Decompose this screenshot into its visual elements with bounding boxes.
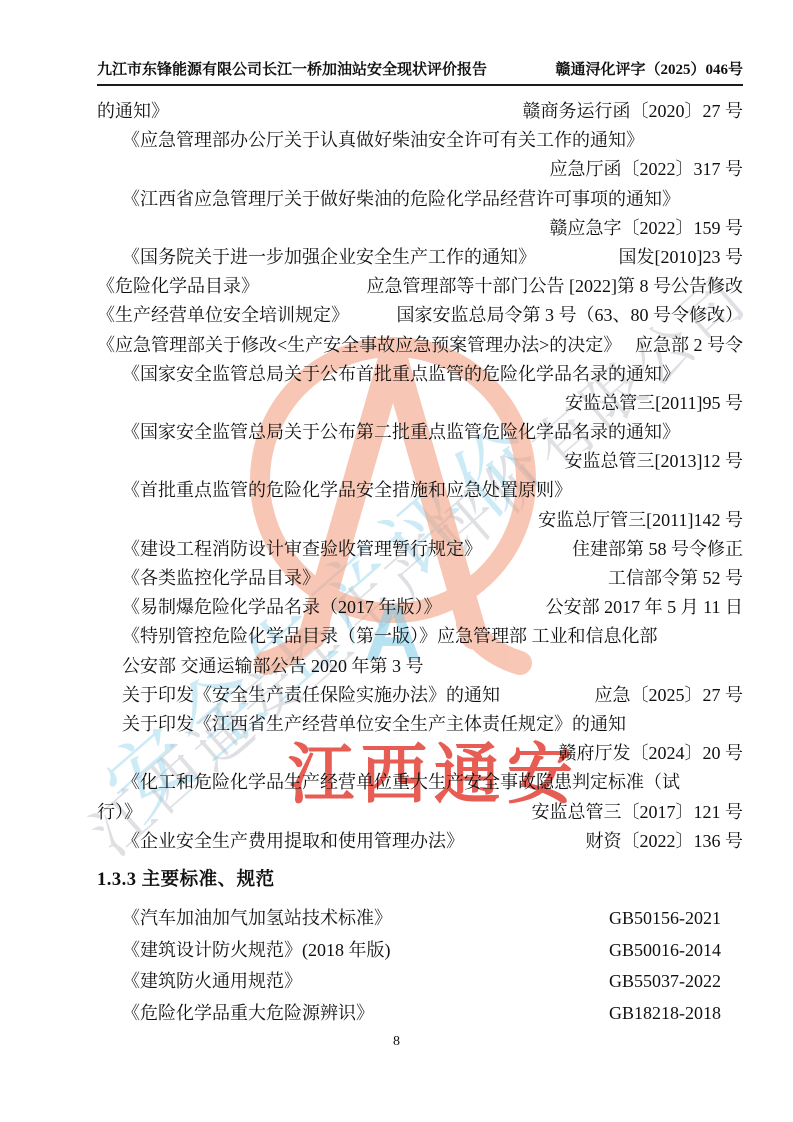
page-number: 8 bbox=[0, 1034, 793, 1050]
line-text-left: 《危险化学品目录》 bbox=[97, 272, 259, 298]
line-text-right: 安监总管三[2013]12 号 bbox=[565, 447, 744, 473]
body-line: 的通知》赣商务运行函〔2020〕27 号 bbox=[97, 97, 743, 126]
line-text-left: 的通知》 bbox=[97, 97, 169, 123]
line-text-left: 《首批重点监管的危险化学品安全措施和应急处置原则》 bbox=[97, 476, 572, 502]
standard-row: 《建筑防火通用规范》GB55037-2022 bbox=[97, 967, 743, 999]
body-line: 《建设工程消防设计审查验收管理暂行规定》住建部第 58 号令修正 bbox=[97, 535, 743, 564]
body-line: 《首批重点监管的危险化学品安全措施和应急处置原则》 bbox=[97, 476, 743, 505]
body-line: 《应急管理部办公厅关于认真做好柴油安全许可有关工作的通知》 bbox=[97, 126, 743, 155]
body-line: 《国家安全监管总局关于公布首批重点监管的危险化学品名录的通知》 bbox=[97, 360, 743, 389]
line-text-right: 财资〔2022〕136 号 bbox=[586, 827, 744, 853]
standard-title: 《汽车加油加气加氢站技术标准》 bbox=[97, 904, 392, 930]
header-document-number: 赣通浔化评字（2025）046号 bbox=[555, 58, 743, 79]
line-text-right: 应急厅函〔2022〕317 号 bbox=[550, 155, 744, 181]
line-text-right: 赣府厅发〔2024〕20 号 bbox=[559, 739, 744, 765]
line-text-left: 《国家安全监管总局关于公布第二批重点监管危险化学品名录的通知》 bbox=[97, 418, 680, 444]
body-line: 关于印发《江西省生产经营单位安全生产主体责任规定》的通知 bbox=[97, 710, 743, 739]
body-line: 安监总管三[2013]12 号 bbox=[97, 447, 743, 476]
line-text-left: 《建设工程消防设计审查验收管理暂行规定》 bbox=[97, 535, 482, 561]
body-line: 《特别管控危险化学品目录（第一版）》应急管理部 工业和信息化部 bbox=[97, 622, 743, 651]
line-text-right: 应急管理部等十部门公告 [2022]第 8 号公告修改 bbox=[367, 272, 744, 298]
body-line: 《易制爆危险化学品名录（2017 年版）》公安部 2017 年 5 月 11 日 bbox=[97, 593, 743, 622]
line-text-left: 《生产经营单位安全培训规定》 bbox=[97, 301, 349, 327]
body-line: 关于印发《安全生产责任保险实施办法》的通知应急〔2025〕27 号 bbox=[97, 681, 743, 710]
header-report-title: 九江市东锋能源有限公司长江一桥加油站安全现状评价报告 bbox=[97, 58, 487, 79]
standard-code: GB55037-2022 bbox=[609, 971, 743, 992]
line-text-right: 国家安监总局令第 3 号（63、80 号令修改） bbox=[397, 301, 744, 327]
line-text-left: 《企业安全生产费用提取和使用管理办法》 bbox=[97, 827, 464, 853]
body-line: 《国务院关于进一步加强企业安全生产工作的通知》国发[2010]23 号 bbox=[97, 243, 743, 272]
standard-code: GB50156-2021 bbox=[609, 908, 743, 929]
line-text-left: 《国务院关于进一步加强企业安全生产工作的通知》 bbox=[97, 243, 536, 269]
body-line: 《企业安全生产费用提取和使用管理办法》财资〔2022〕136 号 bbox=[97, 827, 743, 856]
body-line: 安监总管三[2011]95 号 bbox=[97, 389, 743, 418]
line-text-right: 国发[2010]23 号 bbox=[619, 243, 744, 269]
line-text-right: 安监总厅管三[2011]142 号 bbox=[538, 506, 743, 532]
body-line: 应急厅函〔2022〕317 号 bbox=[97, 155, 743, 184]
standard-code: GB50016-2014 bbox=[609, 940, 743, 961]
body-line: 公安部 交通运输部公告 2020 年第 3 号 bbox=[97, 652, 743, 681]
line-text-left: 关于印发《江西省生产经营单位安全生产主体责任规定》的通知 bbox=[97, 710, 626, 736]
line-text-right: 赣商务运行函〔2020〕27 号 bbox=[523, 97, 744, 123]
line-text-right: 安监总管三〔2017〕121 号 bbox=[532, 798, 744, 824]
line-text-left: 《国家安全监管总局关于公布首批重点监管的危险化学品名录的通知》 bbox=[97, 360, 680, 386]
line-text-left: 关于印发《安全生产责任保险实施办法》的通知 bbox=[97, 681, 500, 707]
page-header: 九江市东锋能源有限公司长江一桥加油站安全现状评价报告 赣通浔化评字（2025）0… bbox=[97, 58, 743, 86]
standard-title: 《建筑防火通用规范》 bbox=[97, 967, 302, 993]
body-line: 《化工和危险化学品生产经营单位重大生产安全事故隐患判定标准（试 bbox=[97, 768, 743, 797]
line-text-left: 《应急管理部办公厅关于认真做好柴油安全许可有关工作的通知》 bbox=[97, 126, 644, 152]
body-line: 安监总厅管三[2011]142 号 bbox=[97, 506, 743, 535]
body-line: 赣府厅发〔2024〕20 号 bbox=[97, 739, 743, 768]
line-text-right: 公安部 2017 年 5 月 11 日 bbox=[546, 593, 743, 619]
standards-list: 《汽车加油加气加氢站技术标准》GB50156-2021《建筑设计防火规范》(20… bbox=[97, 904, 743, 1030]
line-text-left: 《化工和危险化学品生产经营单位重大生产安全事故隐患判定标准（试 bbox=[97, 768, 680, 794]
body-line: 《应急管理部关于修改<生产安全事故应急预案管理办法>的决定》应急部 2 号令 bbox=[97, 331, 743, 360]
line-text-left: 《特别管控危险化学品目录（第一版）》应急管理部 工业和信息化部 bbox=[97, 622, 658, 648]
standard-title: 《建筑设计防火规范》(2018 年版) bbox=[97, 936, 391, 962]
line-text-left: 行）》 bbox=[97, 798, 142, 824]
body-line: 赣应急字〔2022〕159 号 bbox=[97, 214, 743, 243]
body-lines: 的通知》赣商务运行函〔2020〕27 号《应急管理部办公厅关于认真做好柴油安全许… bbox=[97, 97, 743, 856]
line-text-right: 安监总管三[2011]95 号 bbox=[565, 389, 743, 415]
standard-title: 《危险化学品重大危险源辨识》 bbox=[97, 999, 374, 1025]
body-line: 《国家安全监管总局关于公布第二批重点监管危险化学品名录的通知》 bbox=[97, 418, 743, 447]
body-line: 《江西省应急管理厅关于做好柴油的危险化学品经营许可事项的通知》 bbox=[97, 185, 743, 214]
document-page: 江西通安全生产评价有限公司 安全生产评价 A 江西通安 九江市东锋能源有限公司长… bbox=[0, 0, 793, 1122]
line-text-right: 赣应急字〔2022〕159 号 bbox=[550, 214, 744, 240]
body-line: 《生产经营单位安全培训规定》国家安监总局令第 3 号（63、80 号令修改） bbox=[97, 301, 743, 330]
line-text-right: 工信部令第 52 号 bbox=[608, 564, 743, 590]
standard-row: 《汽车加油加气加氢站技术标准》GB50156-2021 bbox=[97, 904, 743, 936]
line-text-left: 公安部 交通运输部公告 2020 年第 3 号 bbox=[97, 652, 424, 678]
line-text-right: 住建部第 58 号令修正 bbox=[572, 535, 743, 561]
line-text-right: 应急〔2025〕27 号 bbox=[595, 681, 744, 707]
line-text-left: 《易制爆危险化学品名录（2017 年版）》 bbox=[97, 593, 442, 619]
standard-row: 《建筑设计防火规范》(2018 年版)GB50016-2014 bbox=[97, 936, 743, 968]
body-line: 《危险化学品目录》应急管理部等十部门公告 [2022]第 8 号公告修改 bbox=[97, 272, 743, 301]
standard-row: 《危险化学品重大危险源辨识》GB18218-2018 bbox=[97, 999, 743, 1031]
line-text-right: 应急部 2 号令 bbox=[635, 331, 743, 357]
body-content: 的通知》赣商务运行函〔2020〕27 号《应急管理部办公厅关于认真做好柴油安全许… bbox=[97, 97, 743, 1030]
body-line: 《各类监控化学品目录》工信部令第 52 号 bbox=[97, 564, 743, 593]
line-text-left: 《各类监控化学品目录》 bbox=[97, 564, 320, 590]
line-text-left: 《江西省应急管理厅关于做好柴油的危险化学品经营许可事项的通知》 bbox=[97, 185, 680, 211]
line-text-left: 《应急管理部关于修改<生产安全事故应急预案管理办法>的决定》 bbox=[97, 331, 621, 357]
standard-code: GB18218-2018 bbox=[609, 1003, 743, 1024]
body-line: 行）》安监总管三〔2017〕121 号 bbox=[97, 798, 743, 827]
section-heading: 1.3.3 主要标准、规范 bbox=[97, 865, 743, 894]
